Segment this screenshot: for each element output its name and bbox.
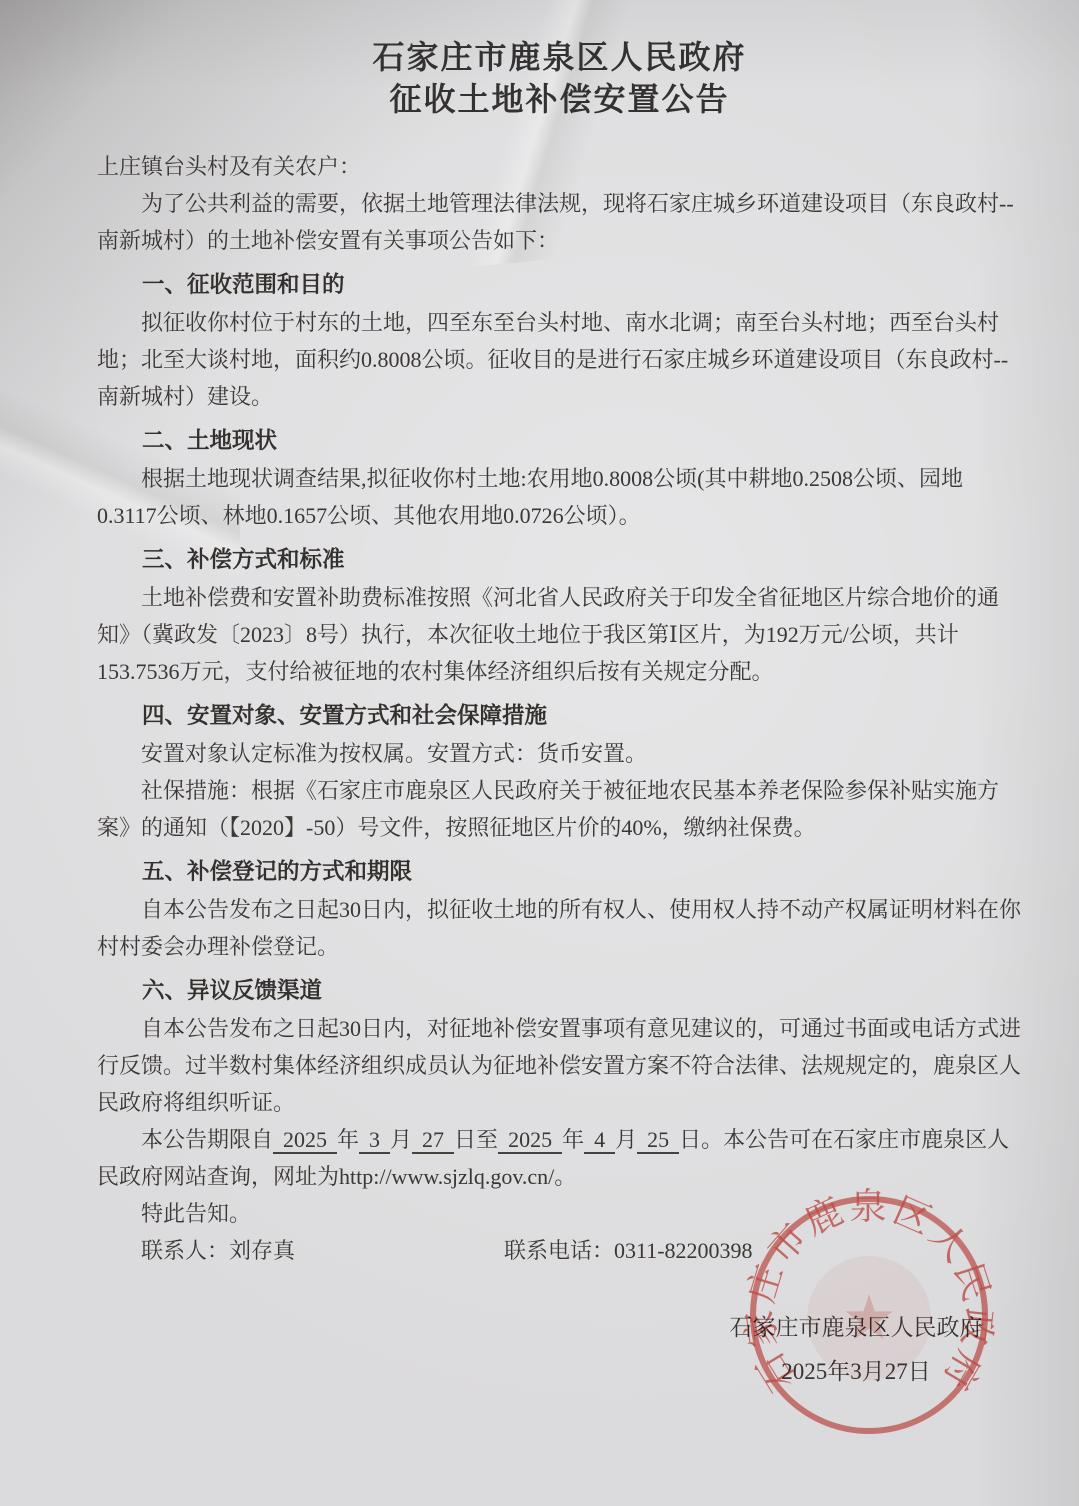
- section-1-paragraph: 拟征收你村位于村东的土地，四至东至台头村地、南水北调；南至台头村地；西至台头村地…: [97, 304, 1022, 415]
- section-2-heading: 二、土地现状: [97, 423, 1022, 460]
- validity-end-day: 25: [637, 1127, 679, 1154]
- validity-start-day: 27: [412, 1127, 454, 1154]
- section-5-heading: 五、补偿登记的方式和期限: [97, 854, 1022, 891]
- validity-month-unit: 月: [390, 1127, 412, 1152]
- validity-year-unit: 年: [337, 1127, 359, 1152]
- validity-to-unit: 日至: [454, 1127, 498, 1152]
- section-2-paragraph: 根据土地现状调查结果,拟征收你村土地:农用地0.8008公顷(其中耕地0.250…: [97, 460, 1022, 534]
- contact-person-label: 联系人：: [141, 1238, 229, 1263]
- validity-paragraph: 本公告期限自2025年3月27日至2025年4月25日。本公告可在石家庄市鹿泉区…: [97, 1121, 1022, 1195]
- validity-month-unit-2: 月: [615, 1127, 637, 1152]
- validity-end-month: 4: [584, 1127, 615, 1154]
- document-content: 石家庄市鹿泉区人民政府 征收土地补偿安置公告 上庄镇台头村及有关农户： 为了公共…: [97, 36, 1022, 1269]
- section-4-paragraph-1: 安置对象认定标准为按权属。安置方式：货币安置。: [97, 735, 1022, 772]
- section-3-heading: 三、补偿方式和标准: [97, 542, 1022, 579]
- validity-end-year: 2025: [498, 1127, 562, 1154]
- section-3-paragraph: 土地补偿费和安置补助费标准按照《河北省人民政府关于印发全省征地区片综合地价的通知…: [97, 579, 1022, 690]
- section-4-paragraph-2: 社保措施：根据《石家庄市鹿泉区人民政府关于被征地农民基本养老保险参保补贴实施方案…: [97, 772, 1022, 846]
- contact-person-name: 刘存真: [229, 1238, 295, 1263]
- intro-paragraph: 为了公共利益的需要，依据土地管理法律法规，现将石家庄城乡环道建设项目（东良政村-…: [97, 185, 1022, 259]
- announcement-document: 石家庄市鹿泉区人民政府 征收土地补偿安置公告 上庄镇台头村及有关农户： 为了公共…: [0, 0, 1079, 1506]
- section-1-heading: 一、征收范围和目的: [97, 267, 1022, 304]
- contact-phone-number: 0311-82200398: [614, 1238, 753, 1263]
- contact-phone-group: 联系电话：0311-82200398: [460, 1232, 753, 1269]
- section-6-heading: 六、异议反馈渠道: [97, 973, 1022, 1010]
- validity-year-unit-2: 年: [562, 1127, 584, 1152]
- validity-prefix: 本公告期限自: [141, 1127, 273, 1152]
- validity-start-month: 3: [359, 1127, 390, 1154]
- title-line-1: 石家庄市鹿泉区人民政府: [97, 36, 1022, 78]
- salutation: 上庄镇台头村及有关农户：: [97, 148, 1022, 185]
- section-5-paragraph: 自本公告发布之日起30日内，拟征收土地的所有权人、使用权人持不动产权属证明材料在…: [97, 891, 1022, 965]
- contact-phone-label: 联系电话：: [504, 1238, 614, 1263]
- seal-star-icon: ★: [841, 1285, 897, 1353]
- document-title: 石家庄市鹿泉区人民政府 征收土地补偿安置公告: [97, 36, 1022, 120]
- official-seal-stamp: 石家庄市鹿泉区人民政府 ★: [740, 1186, 998, 1444]
- validity-start-year: 2025: [273, 1127, 337, 1154]
- title-line-2: 征收土地补偿安置公告: [97, 78, 1022, 120]
- section-6-paragraph: 自本公告发布之日起30日内，对征地补偿安置事项有意见建议的，可通过书面或电话方式…: [97, 1010, 1022, 1121]
- section-4-heading: 四、安置对象、安置方式和社会保障措施: [97, 698, 1022, 735]
